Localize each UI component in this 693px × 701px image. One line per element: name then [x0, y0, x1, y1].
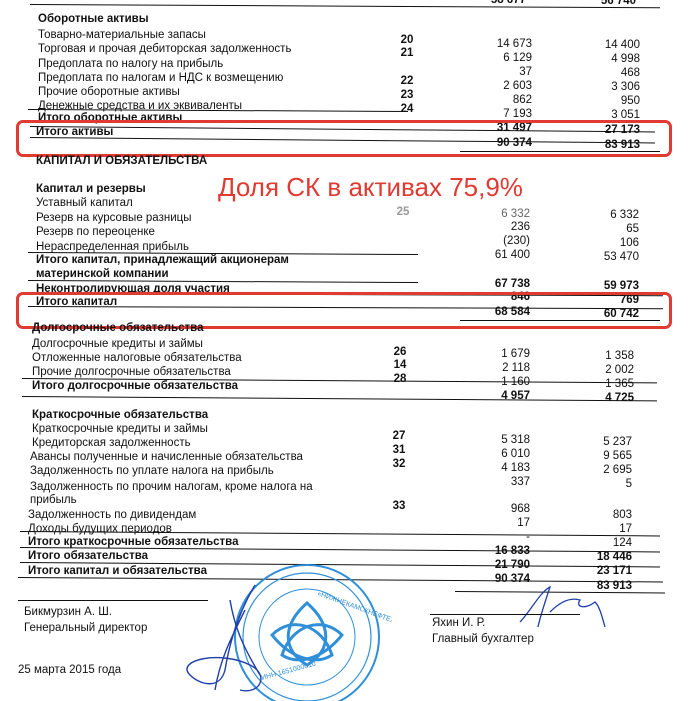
- value-2014: 37: [462, 66, 532, 78]
- value-2014: 6 129: [462, 52, 532, 64]
- total-label: материнской компании: [36, 268, 169, 281]
- value-2014: 236: [460, 221, 530, 233]
- row-label: Задолженность по уплате налога на прибыл…: [30, 465, 274, 478]
- row-label: прибыль: [30, 494, 77, 507]
- note-ref: 23: [397, 89, 417, 101]
- section-heading-equity: Капитал и резервы: [36, 183, 146, 196]
- row-label: Краткосрочные кредиты и займы: [32, 423, 208, 436]
- value-2014: 2 118: [460, 362, 530, 374]
- signature-director: [160, 580, 330, 701]
- value-2014: 862: [462, 94, 532, 106]
- note-ref: 31: [389, 444, 409, 456]
- row-label: Задолженность по прочим налогам, кроме н…: [30, 481, 313, 494]
- row-label: Торговая и прочая дебиторская задолженно…: [38, 43, 291, 56]
- value-2014: 2 603: [462, 80, 532, 92]
- value-2013: 65: [569, 223, 639, 235]
- value-2013: 468: [570, 67, 640, 79]
- note-ref: 26: [390, 346, 410, 358]
- value-2013: 6 332: [569, 209, 639, 221]
- section-heading-current-liabilities: Краткосрочные обязательства: [32, 409, 208, 422]
- total-equity-liabilities-label: Итого капитал и обязательства: [28, 565, 207, 578]
- value-2013: 4 998: [570, 53, 640, 65]
- value-2014: 4 183: [460, 462, 530, 474]
- value-2013: 3 306: [570, 81, 640, 93]
- signature-line-right: [430, 614, 580, 615]
- row-label: Резерв по переоценке: [36, 226, 155, 239]
- value-2013: 5 237: [562, 436, 632, 448]
- note-ref: 28: [390, 373, 410, 385]
- note-ref: 33: [389, 500, 409, 512]
- value-2013: 2 002: [564, 364, 634, 376]
- row-label: Предоплата по налогу на прибыль: [38, 58, 223, 71]
- note-ref: 25: [393, 206, 413, 218]
- value-2013: 106: [569, 237, 639, 249]
- director-name: Бикмурзин А. Ш.: [24, 606, 112, 619]
- total-label: Итого капитал, принадлежащий акционерам: [36, 254, 289, 267]
- accountant-name: Яхин И. Р.: [432, 617, 485, 630]
- section-heading-equity-liabilities: КАПИТАЛ И ОБЯЗАТЕЛЬСТВА: [36, 155, 207, 168]
- value-2014: 6 332: [460, 208, 530, 220]
- value-2014: 337: [460, 476, 530, 488]
- row-label: Прочие оборотные активы: [38, 86, 180, 99]
- note-ref: 14: [390, 359, 410, 371]
- row-label: Задолженность по дивидендам: [28, 509, 196, 522]
- document-date: 25 марта 2015 года: [18, 664, 121, 677]
- director-title: Генеральный директор: [24, 622, 147, 635]
- value-2014: 17: [460, 517, 530, 529]
- value-2014: -: [460, 531, 530, 543]
- section-heading-noncurrent-liabilities: Долгосрочные обязательства: [32, 322, 203, 335]
- signature-accountant: [510, 582, 630, 632]
- row-label: Отложенные налоговые обязательства: [32, 352, 242, 365]
- rule: [22, 396, 657, 401]
- row-label: Товарно-материальные запасы: [38, 29, 206, 42]
- value-2013: 803: [562, 509, 632, 521]
- value-2014: 5 318: [460, 434, 530, 446]
- value-2013: 5: [562, 478, 632, 490]
- annotation-equity-share: Доля СК в активах 75,9%: [218, 172, 523, 203]
- value-2014: 1 160: [460, 376, 530, 388]
- note-ref: 32: [389, 458, 409, 470]
- note-ref: 20: [397, 34, 417, 46]
- total-label: Итого долгосрочные обязательства: [32, 380, 238, 393]
- value-2013: 1 365: [564, 378, 634, 390]
- total-2014: 67 738: [460, 278, 530, 290]
- total-2013: 59 973: [569, 280, 639, 292]
- value-2014: 7 193: [462, 108, 532, 120]
- value-2014: 968: [460, 503, 530, 515]
- note-ref: 22: [397, 75, 417, 87]
- signature-line-left: [18, 600, 208, 601]
- row-label: Доходы будущих периодов: [28, 523, 172, 536]
- total-liabilities-2014: 21 790: [460, 559, 530, 571]
- total-2014: 4 957: [460, 390, 530, 402]
- value-2014: 61 400: [460, 249, 530, 261]
- top-partial-2013: 56 740: [566, 0, 636, 7]
- total-2013: 4 725: [564, 392, 634, 404]
- value-2014: (230): [460, 235, 530, 247]
- total-2014: 16 833: [460, 545, 530, 557]
- top-partial-2014: 58 677: [456, 0, 526, 6]
- row-label: Уставный капитал: [36, 197, 133, 210]
- value-2013: 53 470: [569, 251, 639, 263]
- accountant-title: Главный бухгалтер: [432, 633, 534, 646]
- row-label: Резерв на курсовые разницы: [36, 212, 191, 225]
- note-ref: 27: [389, 430, 409, 442]
- value-2013: 1 358: [564, 350, 634, 362]
- value-2013: 17: [562, 523, 632, 535]
- value-2014: 14 673: [462, 38, 532, 50]
- value-2013: 950: [570, 95, 640, 107]
- row-label: Долгосрочные кредиты и займы: [32, 338, 203, 351]
- note-ref: 21: [397, 47, 417, 59]
- total-2013: 18 446: [562, 551, 632, 563]
- row-label: Предоплата по налогам и НДС к возмещению: [38, 72, 283, 85]
- total-liabilities-2013: 23 171: [562, 565, 632, 577]
- row-label: Кредиторская задолженность: [32, 437, 191, 450]
- value-2014: 1 679: [460, 348, 530, 360]
- value-2013: 124: [562, 537, 632, 549]
- row-label: Авансы полученные и начисленные обязател…: [30, 451, 303, 464]
- value-2013: 14 400: [570, 39, 640, 51]
- value-2014: 6 010: [460, 448, 530, 460]
- value-2013: 2 695: [562, 464, 632, 476]
- section-heading-current-assets: Оборотные активы: [38, 13, 149, 26]
- value-2013: 9 565: [562, 450, 632, 462]
- total-liabilities-label: Итого обязательства: [28, 550, 148, 563]
- note-ref: 24: [397, 103, 417, 115]
- row-label: Прочие долгосрочные обязательства: [32, 366, 231, 379]
- highlight-box-total-assets: [16, 120, 672, 157]
